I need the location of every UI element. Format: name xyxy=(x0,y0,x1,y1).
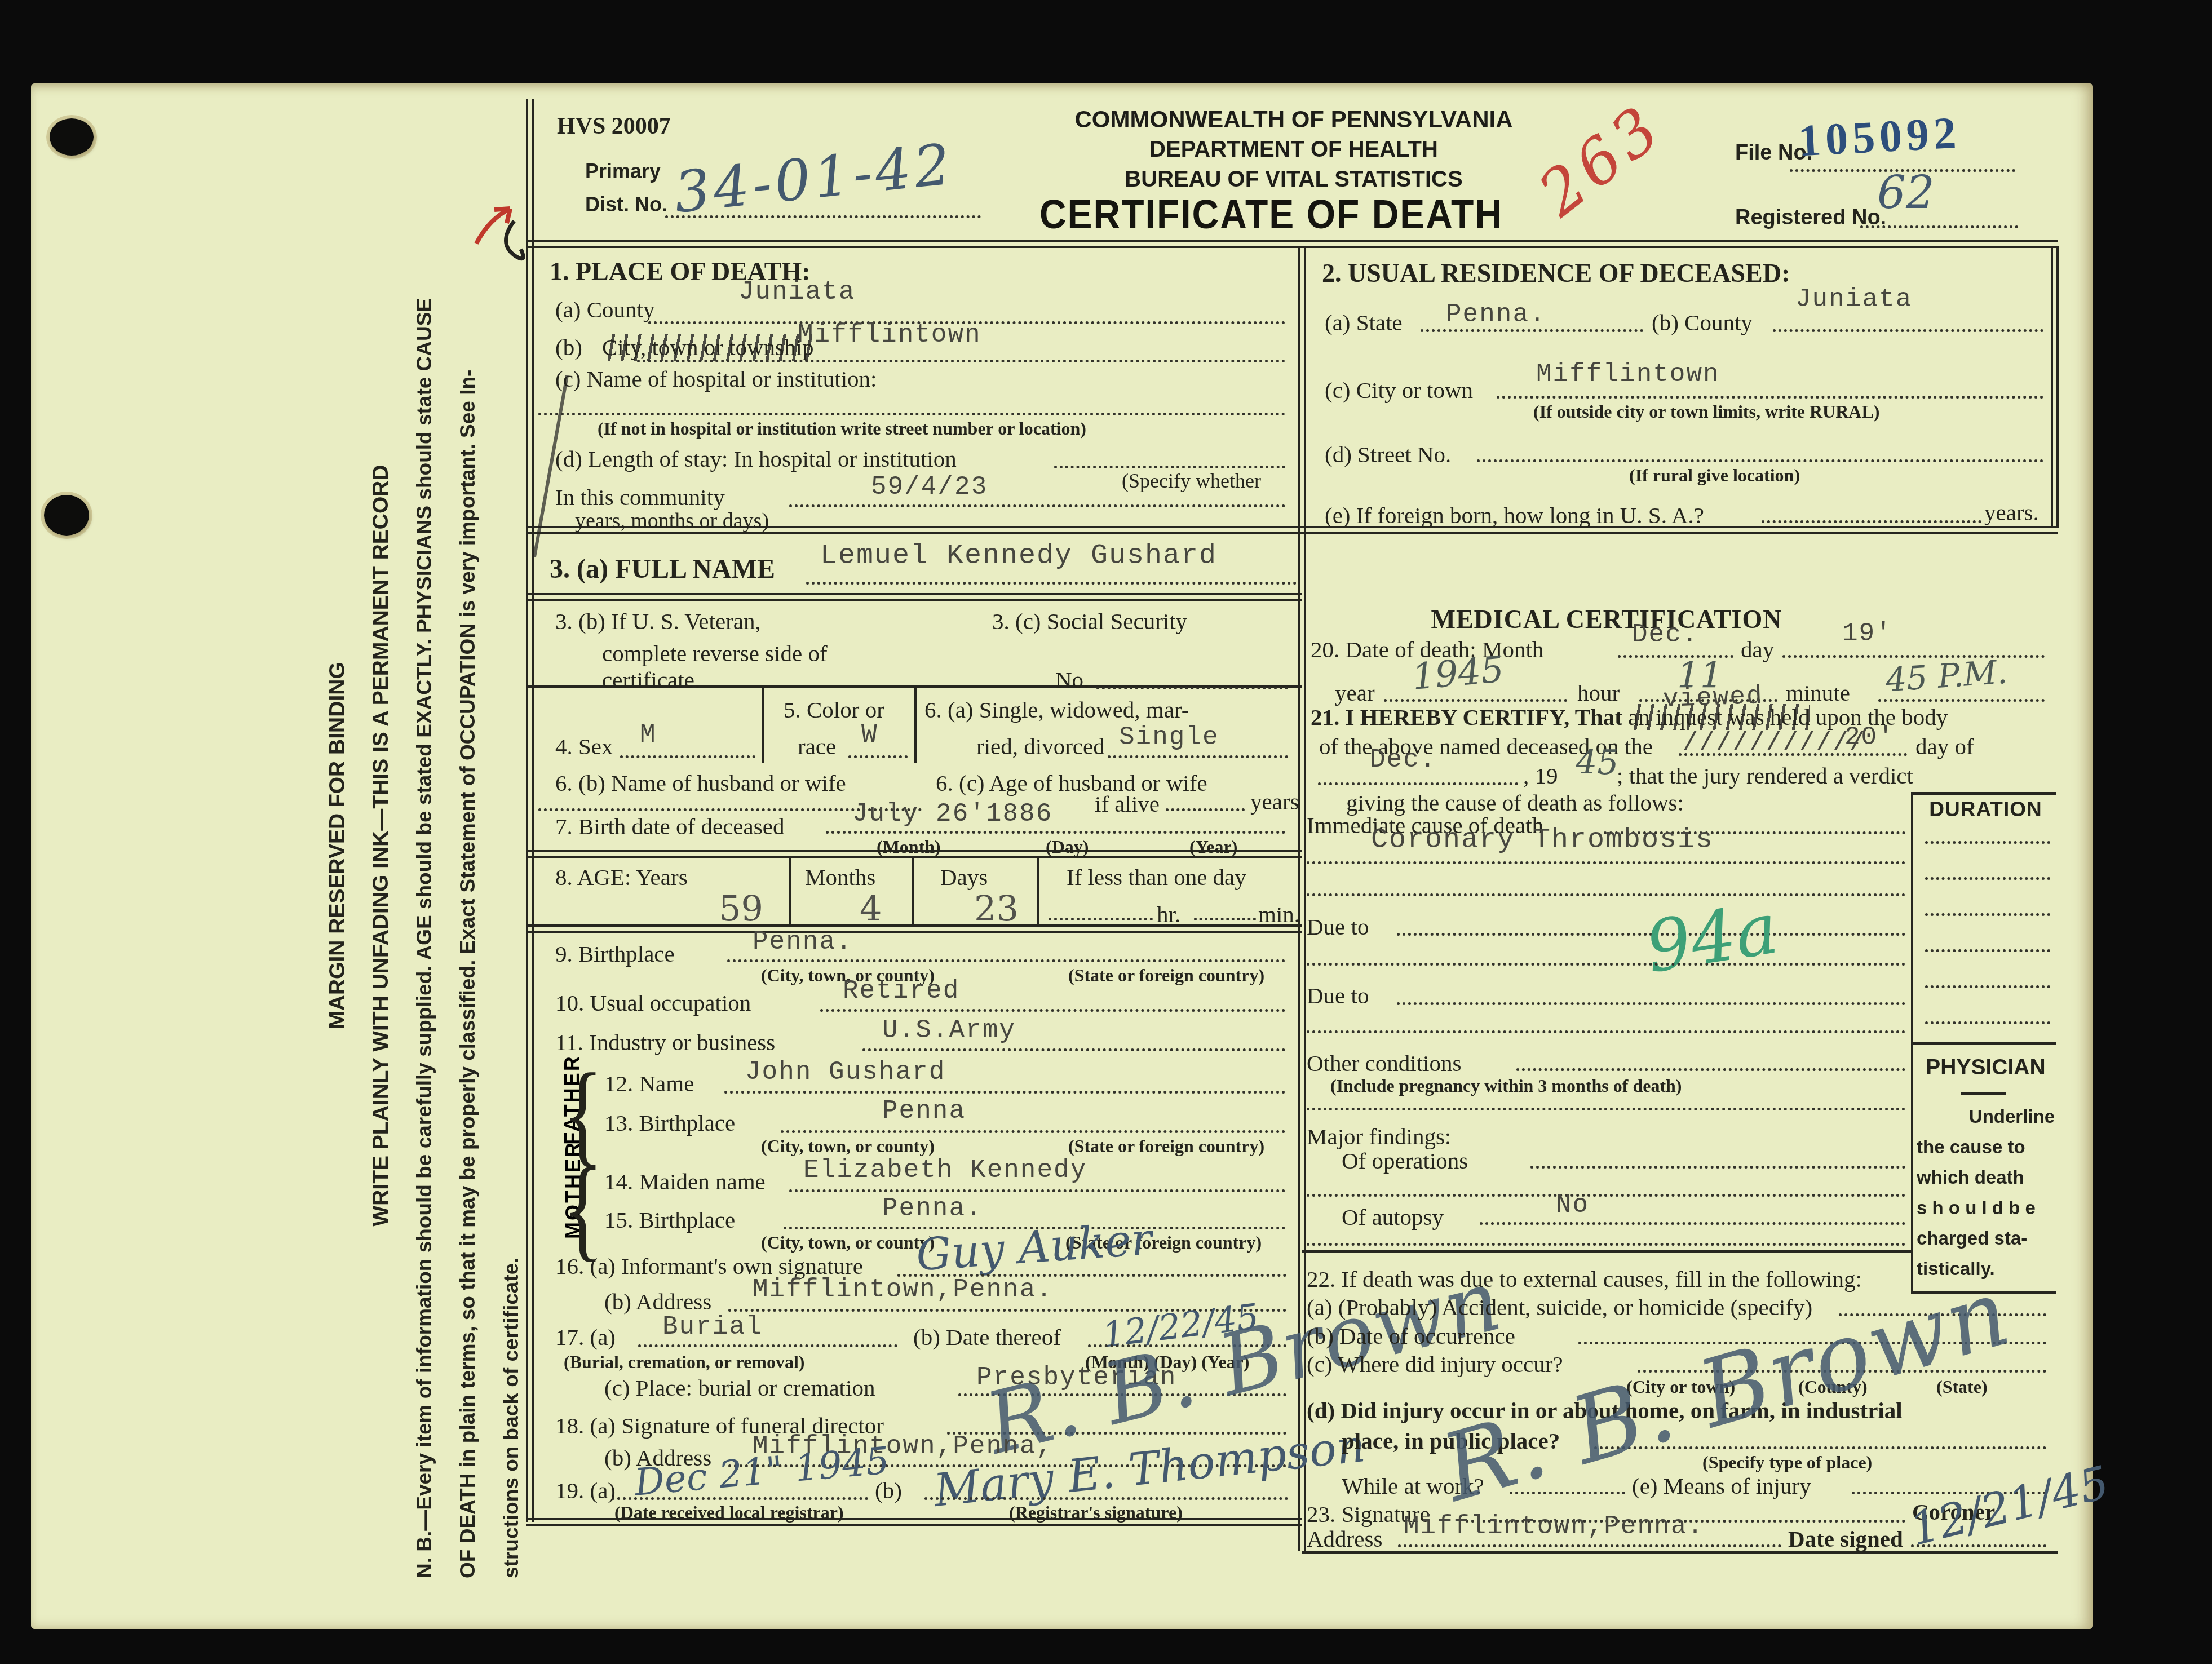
certify-day-line xyxy=(1679,753,1907,756)
registrar-sig-hint: (Registrar's signature) xyxy=(1009,1502,1183,1523)
age-min-line xyxy=(1194,918,1256,920)
physician-title: PHYSICIAN xyxy=(1917,1055,2055,1080)
certify-year-value: 45 xyxy=(1576,743,1618,782)
age-hr-line xyxy=(1049,918,1153,920)
immediate-cause-value: Coronary Thrombosis xyxy=(1371,824,1714,856)
physician-note-5: charged sta- xyxy=(1917,1228,2055,1249)
burial-place-label: (c) Place: burial or cremation xyxy=(604,1374,875,1401)
age-days-value: 23 xyxy=(974,888,1019,929)
other-conditions-label: Other conditions xyxy=(1307,1050,1461,1077)
age-months-divider xyxy=(912,856,914,924)
due-to-1-label: Due to xyxy=(1307,913,1369,940)
occupation-label: 10. Usual occupation xyxy=(555,989,751,1016)
color-line xyxy=(848,755,908,758)
marital-line xyxy=(1108,755,1288,758)
stay-label: (d) Length of stay: In hospital or insti… xyxy=(555,445,957,472)
sex-value: M xyxy=(640,720,657,750)
res-city-line xyxy=(1497,396,2043,399)
father-birth-label: 13. Birthplace xyxy=(604,1109,735,1136)
box2-right-border xyxy=(2051,246,2059,528)
mother-name-value: Elizabeth Kennedy xyxy=(803,1156,1087,1185)
informant-address-value: Mifflintown,Penna. xyxy=(753,1275,1053,1304)
operations-label: Of operations xyxy=(1342,1147,1468,1174)
disposal-value: Burial xyxy=(662,1312,763,1342)
disposal-label: 17. (a) xyxy=(555,1324,616,1351)
fullname-bottom-rule xyxy=(526,593,1302,601)
physician-note-2: the cause to xyxy=(1917,1136,2055,1158)
file-no-value: 105092 xyxy=(1797,108,1962,167)
spouse-age-mid: if alive xyxy=(1095,790,1160,817)
duration-physician-divider xyxy=(1911,1042,2056,1045)
operations-blank-line xyxy=(1307,1194,1905,1197)
industry-value: U.S.Army xyxy=(882,1016,1016,1045)
state-value: Penna. xyxy=(1446,300,1546,329)
dod-year-line xyxy=(1384,699,1567,702)
other-blank-line xyxy=(1307,1108,1905,1110)
age-label: 8. AGE: Years xyxy=(555,864,688,891)
mother-name-label: 14. Maiden name xyxy=(604,1168,766,1195)
dod-year-label: year xyxy=(1335,679,1375,706)
hospital-hint: (If not in hospital or institution write… xyxy=(598,418,1086,439)
stay-hint: (Specify whether xyxy=(1122,469,1261,493)
disposal-hint: (Burial, cremation, or removal) xyxy=(564,1352,804,1373)
veteran-label-2: complete reverse side of xyxy=(602,640,828,667)
age-hr-label: hr. xyxy=(1157,901,1180,928)
city-label: City, town or township xyxy=(602,334,813,361)
mother-name-line xyxy=(789,1189,1285,1192)
res-county-line xyxy=(1773,329,2043,332)
veteran-label-3: certificate. xyxy=(602,666,700,693)
medical-title: MEDICAL CERTIFICATION xyxy=(1302,604,1911,634)
header-commonwealth: COMMONWEALTH OF PENNSYLVANIA xyxy=(1003,106,1584,133)
registrar-sig-label: (b) xyxy=(875,1477,902,1504)
hospital-line xyxy=(538,413,1285,415)
certificate-title: CERTIFICATE OF DEATH xyxy=(981,191,1561,238)
external-a-label: (a) (Probably) Accident, suicide, or hom… xyxy=(1307,1294,1812,1321)
operations-line xyxy=(1530,1166,1905,1169)
coroner-addr-label: Address xyxy=(1307,1525,1382,1552)
father-birth-hint-2: (State or foreign country) xyxy=(1068,1136,1264,1157)
stay-line xyxy=(1054,466,1285,468)
birthdate-hint-year: (Year) xyxy=(1189,837,1237,857)
age-less-label: If less than one day xyxy=(1067,864,1246,891)
duration-line-6 xyxy=(1925,1021,2050,1024)
primary-label: Primary xyxy=(585,160,661,183)
street-hint: (If rural give location) xyxy=(1629,465,1800,486)
birthdate-label: 7. Birth date of deceased xyxy=(555,813,784,840)
certify-month-value: Dec. xyxy=(1370,745,1436,775)
sex-line xyxy=(620,755,755,758)
birthplace-label: 9. Birthplace xyxy=(555,940,675,967)
immediate-cause-line-b xyxy=(1307,861,1905,864)
certify-inquest-day: 20' xyxy=(1844,723,1895,752)
duration-line-4 xyxy=(1925,949,2050,952)
occupation-value: Retired xyxy=(843,976,959,1006)
major-findings-label: Major findings: xyxy=(1307,1123,1451,1150)
age-days-label: Days xyxy=(940,864,988,891)
dod-minute-label: minute xyxy=(1786,679,1850,706)
color-label-2: race xyxy=(798,733,836,760)
header-department: DEPARTMENT OF HEALTH xyxy=(1003,137,1584,162)
mother-birth-label: 15. Birthplace xyxy=(604,1206,735,1233)
registrar-date-line xyxy=(612,1497,868,1500)
res-county-label: (b) County xyxy=(1652,309,1753,336)
dod-day-label: day xyxy=(1741,636,1774,663)
birthdate-hint-day: (Day) xyxy=(1046,837,1089,857)
duration-box-top-border xyxy=(1911,792,2056,795)
marital-label-1: 6. (a) Single, widowed, mar- xyxy=(924,696,1189,723)
marital-label-2: ried, divorced xyxy=(976,733,1105,760)
certify-dayof-label: day of xyxy=(1915,733,1974,760)
res-city-label: (c) City or town xyxy=(1325,377,1473,404)
cause-blank-line-2 xyxy=(1307,963,1905,966)
father-name-line xyxy=(724,1091,1285,1094)
birthdate-hint-month: (Month) xyxy=(877,837,941,857)
dod-minute-line xyxy=(1878,699,2045,702)
fullname-line xyxy=(806,582,1297,585)
marital-value: Single xyxy=(1119,723,1219,752)
physician-note-1: Underline xyxy=(1917,1106,2055,1127)
autopsy-bottom-rule xyxy=(1302,1250,1911,1253)
coroner-addr-line xyxy=(1398,1544,1781,1547)
ssn-line xyxy=(1096,687,1288,689)
foreign-label: (e) If foreign born, how long in U. S. A… xyxy=(1325,502,1704,529)
cause-blank-line-1 xyxy=(1307,893,1905,896)
external-causes-title: 22. If death was due to external causes,… xyxy=(1307,1265,1862,1293)
city-line xyxy=(637,360,1285,362)
duration-line-3 xyxy=(1925,913,2050,916)
age-months-value: 4 xyxy=(860,888,882,929)
informant-address-label: (b) Address xyxy=(604,1288,711,1315)
dod-year-value: 1945 xyxy=(1410,649,1506,698)
color-marital-divider xyxy=(914,687,917,763)
registrar-date-label: 19. (a) xyxy=(555,1477,616,1504)
right-col-bottom-rule xyxy=(1302,1551,2058,1554)
spouse-age-label: 6. (c) Age of husband or wife xyxy=(936,769,1207,796)
duration-line-2 xyxy=(1925,877,2050,880)
registered-no-value: 62 xyxy=(1877,166,1935,219)
physician-note-4: s h o u l d b e xyxy=(1917,1197,2055,1219)
age-years-value: 59 xyxy=(719,888,763,929)
form-code: HVS 20007 xyxy=(557,113,671,140)
autopsy-blank-line xyxy=(1307,1243,1905,1246)
father-birth-hint-1: (City, town, or county) xyxy=(761,1136,935,1157)
fullname-label: 3. (a) FULL NAME xyxy=(550,554,775,585)
dod-day-value: 19' xyxy=(1842,619,1892,648)
certify-viewed-overlay: viewed xyxy=(1662,681,1763,714)
duration-title: DURATION xyxy=(1917,798,2055,821)
occupation-line xyxy=(820,1009,1285,1012)
foreign-line xyxy=(1762,520,1981,523)
header-bottom-rule xyxy=(526,240,2058,248)
street-label: (d) Street No. xyxy=(1325,441,1451,468)
age-months-label: Months xyxy=(805,864,875,891)
sex-label: 4. Sex xyxy=(555,733,613,760)
father-name-value: John Gushard xyxy=(745,1057,945,1087)
due-to-2-line xyxy=(1397,1002,1905,1005)
ssn-label: 3. (c) Social Security xyxy=(992,608,1187,635)
veteran-label-1: 3. (b) If U. S. Veteran, xyxy=(555,608,761,635)
spouse-age-line xyxy=(1166,808,1245,811)
duration-line-5 xyxy=(1925,985,2050,988)
birthplace-line xyxy=(727,959,1285,962)
form-left-border xyxy=(526,99,534,1522)
disposal-date-label: (b) Date thereof xyxy=(913,1324,1061,1351)
age-bottom-rule xyxy=(526,924,1302,933)
physician-note-3: which death xyxy=(1917,1167,2055,1188)
community-label: In this community xyxy=(555,484,725,511)
fullname-value: Lemuel Kennedy Gushard xyxy=(820,540,1217,572)
disposal-line xyxy=(638,1344,897,1347)
certify-month-line xyxy=(1318,782,1518,785)
age-days-divider xyxy=(1037,856,1039,924)
date-signed-label: Date signed xyxy=(1788,1525,1903,1552)
sex-color-divider xyxy=(762,687,764,763)
county-value: Juniata xyxy=(738,277,855,307)
external-c-label: (c) Where did injury occur? xyxy=(1307,1351,1563,1378)
certify-bold: 21. I HEREBY CERTIFY, That xyxy=(1311,704,1628,730)
res-city-value: Mifflintown xyxy=(1536,360,1720,389)
birthplace-hint-2: (State or foreign country) xyxy=(1068,965,1264,986)
spouse-age-suffix: years xyxy=(1250,788,1299,815)
birthdate-line xyxy=(826,831,1285,834)
age-min-label: min. xyxy=(1258,901,1300,928)
external-d-hint: (Specify type of place) xyxy=(1702,1452,1872,1473)
external-b-label: (b) Date of occurrence xyxy=(1307,1322,1515,1349)
street-line xyxy=(1477,459,2043,462)
duration-line-1 xyxy=(1925,841,2050,844)
dod-hour-label: hour xyxy=(1577,679,1620,706)
mother-birth-hint-1: (City, town, or county) xyxy=(761,1232,935,1253)
father-name-label: 12. Name xyxy=(604,1070,694,1097)
city-value: Mifflintown xyxy=(798,320,981,349)
pen-flourish xyxy=(506,221,523,259)
father-birth-value: Penna xyxy=(882,1096,966,1126)
foreign-suffix: years. xyxy=(1984,499,2039,526)
certify-line-3-end: ; that the jury rendered a verdict xyxy=(1617,762,1913,789)
community-line xyxy=(789,504,1285,507)
due-to-2-label: Due to xyxy=(1307,982,1369,1009)
scanned-death-certificate: MARGIN RESERVED FOR BINDING WRITE PLAINL… xyxy=(0,0,2212,1664)
color-value: W xyxy=(861,720,878,750)
registrar-sig-line xyxy=(924,1497,1288,1500)
cause-blank-line-3 xyxy=(1307,1030,1905,1033)
birthdate-value: July 26'1886 xyxy=(852,799,1052,829)
dist-no-label: Dist. No. xyxy=(585,193,667,216)
certify-19-label: , 19 xyxy=(1523,762,1558,789)
autopsy-label: Of autopsy xyxy=(1342,1203,1444,1231)
autopsy-line xyxy=(1480,1222,1905,1225)
mother-birth-value: Penna. xyxy=(882,1194,983,1223)
registered-no-line xyxy=(1860,225,2018,228)
hospital-label: (c) Name of hospital or institution: xyxy=(555,365,877,392)
county-label: (a) County xyxy=(555,296,655,323)
husband-label: 6. (b) Name of husband or wife xyxy=(555,769,846,796)
physician-dash xyxy=(1961,1092,2006,1095)
community-value: 59/4/23 xyxy=(871,472,988,502)
state-label: (a) State xyxy=(1325,309,1403,336)
res-city-hint: (If outside city or town limits, write R… xyxy=(1533,401,1879,422)
birthplace-value: Penna. xyxy=(753,927,853,957)
res-county-value: Juniata xyxy=(1795,285,1912,314)
registrar-date-hint: (Date received local registrar) xyxy=(614,1502,844,1523)
dod-month-value: Dec. xyxy=(1632,620,1698,649)
other-conditions-hint: (Include pregnancy within 3 months of de… xyxy=(1330,1076,1682,1096)
father-birth-line xyxy=(781,1130,1285,1133)
industry-line xyxy=(862,1048,1285,1051)
community-hint: years, months or days) xyxy=(575,508,769,533)
ssn-no-label: No. xyxy=(1055,666,1089,693)
other-conditions-line xyxy=(1516,1068,1905,1071)
header-bureau: BUREAU OF VITAL STATISTICS xyxy=(1003,167,1584,192)
section2-title: 2. USUAL RESIDENCE OF DECEASED: xyxy=(1322,258,1790,288)
coroner-addr-value: Mifflintown,Penna. xyxy=(1404,1512,1704,1541)
city-label-prefix: (b) xyxy=(555,334,582,361)
age-years-divider xyxy=(789,856,791,924)
color-label-1: 5. Color or xyxy=(784,696,884,723)
state-line xyxy=(1421,329,1643,332)
autopsy-value: No xyxy=(1556,1191,1589,1220)
means-of-injury-label: (e) Means of injury xyxy=(1632,1472,1811,1499)
